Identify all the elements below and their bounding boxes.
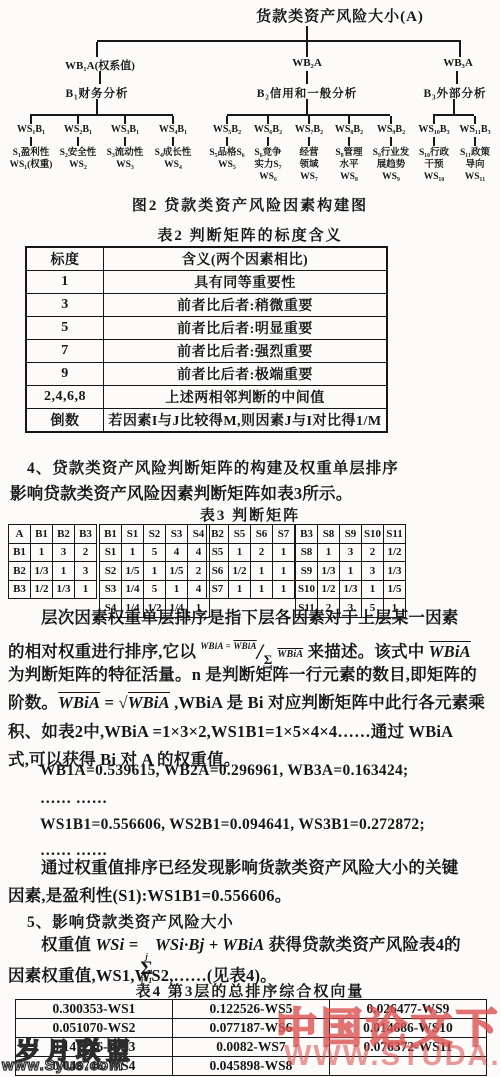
para1-line4-post: ,WBiA 是 Bi 对应判断矩阵中此行各元素乘 [170, 693, 485, 712]
para2-line2: 因素,是盈利性(S1):WS1B1=0.556606。 [8, 882, 495, 910]
table-cell: 1 [144, 562, 166, 581]
table-row: 1具有同等重要性 [26, 271, 387, 294]
leaf-line: S₉行业发 [373, 147, 410, 159]
table-cell: S10 [296, 580, 318, 599]
table-cell: S8 [296, 543, 318, 562]
tree-node-wb2a: WB₂A [247, 57, 367, 69]
table-row: S81321/2 [296, 543, 406, 562]
table-cell: 5 [26, 317, 104, 340]
table-cell: 2,4,6,8 [26, 386, 104, 409]
table-cell: 1 [75, 580, 97, 599]
table-row: S21/511/52 [100, 562, 210, 581]
table-cell: S5 [207, 543, 229, 562]
leaf-line: WS₅ [218, 159, 236, 171]
para1-line4-pre: 阶数。 [8, 693, 58, 712]
tree-root-label: 货款类资产风险大小(A) [180, 5, 500, 26]
leaf-line: S₃流动性 [107, 147, 144, 159]
para1-line2-post: 来描述。该式中 [308, 642, 425, 661]
connector-line [459, 42, 461, 57]
figure2-caption: 图2 贷款类资产风险因素构建图 [0, 194, 500, 215]
connector-line [306, 71, 308, 84]
table-cell: 1 [273, 580, 295, 599]
table-cell: 1 [229, 543, 251, 562]
table-cell: 前者比后者:强烈重要 [104, 340, 388, 363]
table-cell: S8 [318, 525, 340, 544]
leaf-factor: 经营领域WS₇ [299, 147, 318, 183]
para1-line2: 的相对权重进行排序,它以 WBiA = WBiA/Σi=1 WBiA 来描述。该… [8, 632, 495, 660]
para1-line5: 积、如表2中,WBiA =1×3×2,WS1B1=1×5×4×4……通过 WBi… [8, 718, 495, 746]
table-cell: 1 [251, 580, 273, 599]
table-row: S61/211 [207, 562, 295, 581]
leaf-line: S₄成长性 [155, 147, 192, 159]
table-row: B1132 [9, 543, 97, 562]
table-row: 7前者比后者:强烈重要 [26, 340, 387, 363]
leaf-line: S₈管理 [335, 147, 362, 159]
table-cell: 3 [53, 543, 75, 562]
leaf-line: 经营 [299, 147, 318, 159]
table-row: B1S1S2S3S4 [100, 525, 210, 544]
table-cell: 1 [251, 562, 273, 581]
formula2-post: 获得贷款类资产风险表4的 [269, 935, 461, 954]
table-cell: 3 [362, 562, 384, 581]
section4-heading: 4、贷款类资产风险判断矩阵的构建及权重单层排序 [27, 456, 399, 478]
tree-leaf-col-3: WS₃B₁S₃流动性WS₃ [100, 116, 150, 171]
para1-line3: 为判断矩阵的特征活量。n 是判断矩阵一行元素的数目,即矩阵的 [8, 661, 495, 689]
risk-factor-tree: 货款类资产风险大小(A) WB₁A(权系值) WB₂A WB₃A B₁财务分析 … [0, 0, 500, 193]
connector-line [453, 99, 455, 115]
table-row: 2,4,6,8上述两相邻判断的中间值 [26, 386, 387, 409]
table-cell: 1/5 [166, 562, 188, 581]
table-cell: S3 [166, 525, 188, 544]
table-row: 3前者比后者:稍微重要 [26, 294, 387, 317]
table-cell: 1/2 [229, 562, 251, 581]
table2-caption: 表2 判断矩阵的标度含义 [0, 224, 500, 245]
table-cell: 4 [166, 543, 188, 562]
connector-line [96, 99, 98, 115]
leaf-line: WS₁₁ [465, 171, 485, 183]
table-cell: 0.300353-WS1 [16, 1000, 173, 1019]
formula-denominator: WBiA [277, 649, 303, 660]
table-cell: B2 [53, 525, 75, 544]
table-row: B2S5S6S7 [207, 525, 295, 544]
paragraph-key-factor: 通过权重值排序已经发现影响货款类资产风险大小的关键 因素,是盈利性(S1):WS… [8, 854, 495, 911]
table-cell: 1/3 [384, 562, 406, 581]
leaf-line: WS₁(权重) [10, 159, 53, 171]
table-cell: S7 [207, 580, 229, 599]
table-cell: S10 [362, 525, 384, 544]
table-cell: 前者比后者:明显重要 [104, 317, 388, 340]
table-row: S91/3131/3 [296, 562, 406, 581]
leaf-line: 领域 [299, 159, 318, 171]
weights-ws-line: WS1B1=0.556606, WS2B1=0.094641, WS3B1=0.… [40, 816, 425, 834]
table-cell: 1 [53, 562, 75, 581]
wbia-overlined: WBiA [429, 642, 471, 661]
table-cell: 2 [251, 543, 273, 562]
table-cell: 9 [26, 363, 104, 386]
ws-weight-label: WS₁₁B₃ [459, 124, 490, 136]
tree-node-wb3a: WB₃A [398, 57, 500, 69]
table-cell: S6 [207, 562, 229, 581]
connector-line [456, 71, 458, 84]
leaf-factor: S₉行业发展趋势WS₉ [373, 147, 410, 183]
leaf-line: WS₃ [116, 159, 134, 171]
table-row: S31/4514 [100, 580, 210, 599]
table-row: AB1B2B3 [9, 525, 97, 544]
ws-weight-label: WS₉B₂ [377, 124, 405, 136]
leaf-factor: S₄成长性WS₄ [155, 147, 192, 171]
table-row: 5前者比后者:明显重要 [26, 317, 387, 340]
tree-leaf-col-11: WS₁₁B₃S₁₁政策导向WS₁₁ [450, 116, 500, 183]
ws-weight-label: WS₈B₂ [335, 124, 363, 136]
ws-weight-label: WS₂B₁ [64, 124, 92, 136]
table-row: 9前者比后者:极端重要 [26, 363, 387, 386]
table-cell: 3 [340, 543, 362, 562]
table-cell: B1 [31, 525, 53, 544]
ws-weight-label: WS₆B₂ [254, 124, 282, 136]
leaf-factor: S₅品格S₆WS₅ [209, 147, 244, 171]
leaf-line: S₂安全性 [60, 147, 97, 159]
watermark-studa-url: WWW.STUDA. [284, 1040, 500, 1073]
table-cell: 1 [122, 543, 144, 562]
table-cell: S9 [340, 525, 362, 544]
table-cell: 7 [26, 340, 104, 363]
leaf-line: 水平 [339, 159, 358, 171]
leaf-factor: S₆竞争实力S₇WS₆ [254, 147, 281, 183]
table-cell: 2 [362, 543, 384, 562]
table-cell: 1/5 [384, 580, 406, 599]
table-cell: S3 [100, 580, 122, 599]
leaf-line: WS₁₀ [424, 171, 444, 183]
table-row: S5121 [207, 543, 295, 562]
table-cell: B3 [296, 525, 318, 544]
leaf-line: WS₄ [164, 159, 182, 171]
table-cell: 1 [229, 580, 251, 599]
table-cell: 5 [144, 580, 166, 599]
para1-line1: 层次因素权重单层排序是指下层各因素对于上层某一因素 [8, 604, 495, 632]
leaf-line: 实力S₇ [254, 159, 281, 171]
table-cell: 3 [26, 294, 104, 317]
table-cell: 1/3 [340, 580, 362, 599]
table-row: 标度含义(两个因素相比) [26, 247, 387, 271]
table-row: B31/21/31 [9, 580, 97, 599]
table-cell: 1 [318, 543, 340, 562]
table-cell: 1/3 [31, 562, 53, 581]
ws-weight-label: WS₁₀B₃ [418, 124, 449, 136]
table-cell: 标度 [26, 247, 104, 271]
leaf-line: WS₆ [259, 171, 277, 183]
paragraph-single-layer-ranking: 层次因素权重单层排序是指下层各因素对于上层某一因素 的相对权重进行排序,它以 W… [8, 604, 495, 774]
table2-scale-meaning: 标度含义(两个因素相比)1具有同等重要性3前者比后者:稍微重要5前者比后者:明显… [25, 246, 388, 433]
formula2-lhs: WSi = [95, 935, 138, 954]
leaf-line: S₁₁政策 [460, 147, 490, 159]
table-cell: 1/2 [31, 580, 53, 599]
formula-lhs: WBiA = [200, 641, 231, 651]
equals-sqrt: = √ [100, 693, 128, 712]
table-cell: A [9, 525, 31, 544]
table-cell: B3 [75, 525, 97, 544]
table-cell: 1 [31, 543, 53, 562]
watermark-syue-url: www.Syue.com [2, 1057, 123, 1074]
table-cell: 2 [75, 543, 97, 562]
tree-leaf-col-2: WS₂B₁S₂安全性WS₂ [53, 116, 103, 171]
judgment-matrix-a: AB1B2B3B1132B21/313B31/21/31 [8, 524, 97, 599]
table-row: S101/21/311/5 [296, 580, 406, 599]
table-cell: 上述两相邻判断的中间值 [104, 386, 388, 409]
table-cell: 1/3 [318, 562, 340, 581]
weights-ellipsis: …… …… [40, 790, 107, 808]
leaf-line: 干预 [424, 159, 443, 171]
table-cell: 含义(两个因素相比) [104, 247, 388, 271]
connector-line [99, 71, 101, 84]
ws-weight-label: WS₄B₁ [159, 124, 187, 136]
table-cell: 1 [166, 580, 188, 599]
table-cell: 1/5 [122, 562, 144, 581]
formula-wbia: WBiA = WBiA/Σi=1 WBiA [200, 642, 307, 661]
connector-line [97, 40, 461, 42]
table-cell: S6 [251, 525, 273, 544]
table-row: 倒数若因素I与J比较得M,则因素J与I对比得1/M [26, 409, 387, 433]
table-cell: 1/2 [384, 543, 406, 562]
table-row: S7111 [207, 580, 295, 599]
ws-weight-label: WS₁B₁ [17, 124, 45, 136]
table-cell: S2 [100, 562, 122, 581]
para2-line1: 通过权重值排序已经发现影响货款类资产风险大小的关键 [8, 854, 495, 882]
leaf-factor: S₁₀行政干预WS₁₀ [419, 147, 449, 183]
ws-weight-label: WS₃B₁ [111, 124, 139, 136]
table-cell: 1/4 [122, 580, 144, 599]
weights-wb-line: WB1A=0.539615, WB2A=0.296961, WB3A=0.163… [40, 762, 409, 780]
formula2-rhs: WSi·Bj + WBiA [155, 935, 264, 954]
tree-leaf-col-4: WS₄B₁S₄成长性WS₄ [148, 116, 198, 171]
leaf-line: 导向 [465, 159, 484, 171]
leaf-line: 展趋势 [377, 159, 406, 171]
formula-numerator: WBiA [233, 641, 256, 651]
leaf-factor: S₁盈利性WS₁(权重) [10, 147, 53, 171]
table-cell: 若因素I与J比较得M,则因素J与I对比得1/M [104, 409, 388, 433]
table-cell: 1 [273, 543, 295, 562]
table-cell: S1 [100, 543, 122, 562]
connector-line [306, 99, 308, 115]
formula2-pre: 权重值 [41, 935, 91, 954]
table-cell: B2 [207, 525, 229, 544]
leaf-line: WS₂ [69, 159, 87, 171]
table-cell: 具有同等重要性 [104, 271, 388, 294]
table-cell: 5 [144, 543, 166, 562]
table-cell: S1 [122, 525, 144, 544]
leaf-factor: S₂安全性WS₂ [60, 147, 97, 171]
table-row: B3S8S9S10S11 [296, 525, 406, 544]
tree-node-b3: B₃外部分析 [385, 85, 500, 101]
table-cell: 1/2 [318, 580, 340, 599]
table-cell: 前者比后者:极端重要 [104, 363, 388, 386]
leaf-line: WS₉ [382, 171, 400, 183]
tree-leaf-col-1: WS₁B₁S₁盈利性WS₁(权重) [6, 116, 56, 171]
table-cell: S7 [273, 525, 295, 544]
leaf-line: WS₈ [340, 171, 358, 183]
table-cell: 1 [273, 562, 295, 581]
connector-line [306, 42, 308, 57]
leaf-line: S₁盈利性 [13, 147, 50, 159]
table-cell: S2 [144, 525, 166, 544]
leaf-factor: S₈管理水平WS₈ [335, 147, 362, 183]
connector-line [306, 26, 308, 40]
table-cell: 3 [75, 562, 97, 581]
ws-weight-label: WS₅B₂ [213, 124, 241, 136]
table-cell: S11 [384, 525, 406, 544]
judgment-matrix-b2: B2S5S6S7S5121S61/211S7111 [206, 524, 295, 599]
table-row: S11544 [100, 543, 210, 562]
leaf-line: WS₇ [300, 171, 318, 183]
wbia-overlined: WBiA [58, 693, 100, 712]
table-cell: S9 [296, 562, 318, 581]
sqrt-radicand: WBiA [128, 692, 170, 712]
table-cell: B3 [9, 580, 31, 599]
connector-line [96, 42, 98, 57]
table-cell: 1 [362, 580, 384, 599]
leaf-line: S₁₀行政 [419, 147, 449, 159]
table-cell: 倒数 [26, 409, 104, 433]
table-cell: B2 [9, 562, 31, 581]
table-cell: 前者比后者:稍微重要 [104, 294, 388, 317]
table-cell: B1 [9, 543, 31, 562]
table-row: B21/313 [9, 562, 97, 581]
leaf-line: S₅品格S₆ [209, 147, 244, 159]
table3-caption: 表3 判断矩阵 [0, 504, 500, 525]
leaf-line: S₆竞争 [254, 147, 281, 159]
ws-weight-label: WS₇B₂ [295, 124, 323, 136]
leaf-factor: S₁₁政策导向WS₁₁ [460, 147, 490, 183]
table-cell: S5 [229, 525, 251, 544]
table-cell: 1 [340, 562, 362, 581]
table-cell: B1 [100, 525, 122, 544]
para1-line2-pre: 的相对权重进行排序,它以 [8, 642, 196, 661]
leaf-factor: S₃流动性WS₃ [107, 147, 144, 171]
table-cell: 1/3 [53, 580, 75, 599]
para1-line4: 阶数。WBiA = √WBiA ,WBiA 是 Bi 对应判断矩阵中此行各元素乘 [8, 689, 495, 717]
table-cell: 1 [26, 271, 104, 294]
